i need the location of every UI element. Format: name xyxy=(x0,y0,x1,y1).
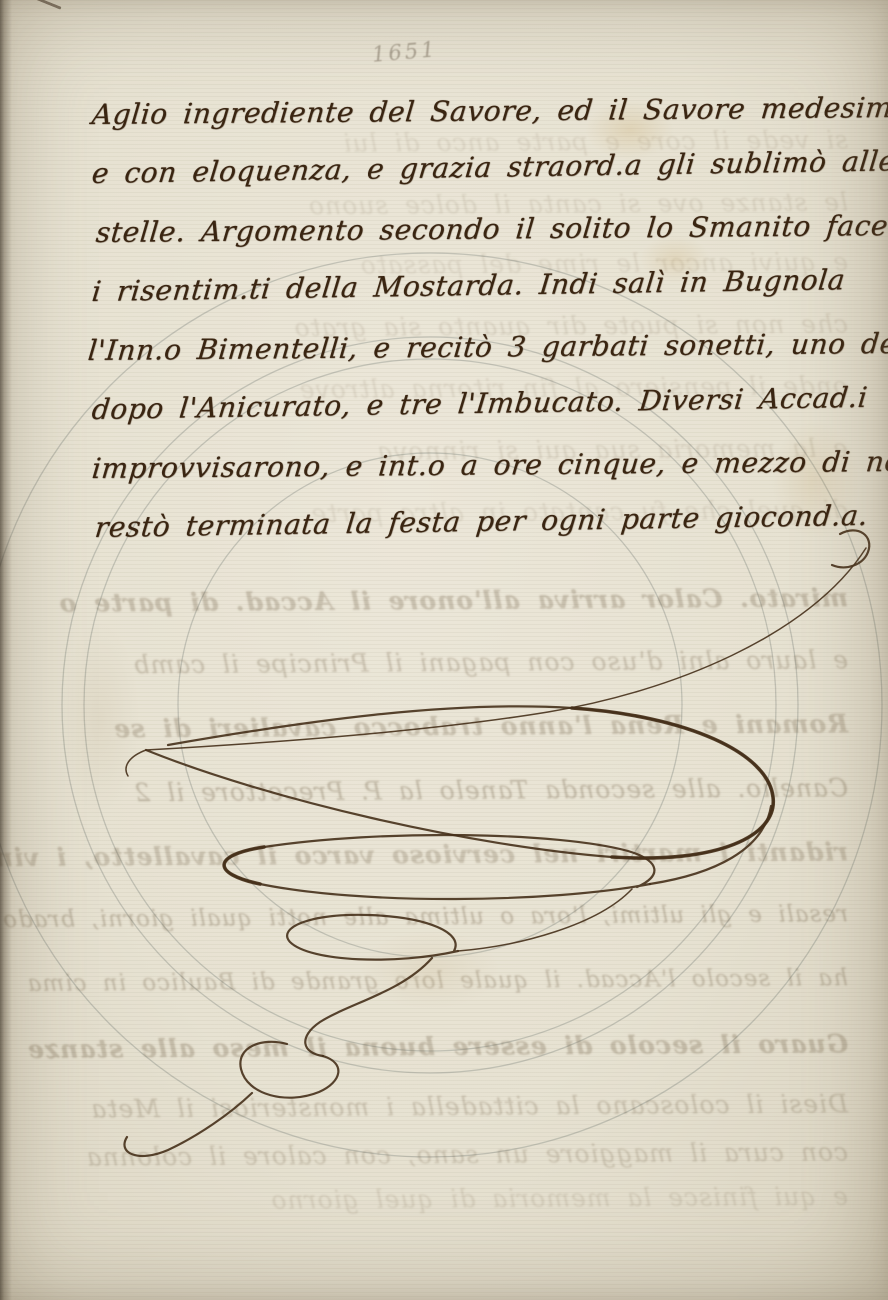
manuscript-line: stelle. Argomento secondo il solito lo S… xyxy=(94,209,877,249)
manuscript-line: improvvisarono, e int.o a ore cinque, e … xyxy=(90,445,873,485)
manuscript-line: l'Inn.o Bimentelli, e recitò 3 garbati s… xyxy=(86,327,869,367)
manuscript-line: dopo l'Anicurato, e tre l'Imbucato. Dive… xyxy=(90,381,873,426)
manuscript-page: si vede il core e parte anco di lui le s… xyxy=(0,0,888,1300)
manuscript-line: e con eloquenza, e grazia straord.a gli … xyxy=(90,145,873,190)
recto-text-block: Aglio ingrediente del Savore, ed il Savo… xyxy=(0,0,888,1300)
manuscript-line: Aglio ingrediente del Savore, ed il Savo… xyxy=(90,91,873,131)
manuscript-line: restò terminata la festa per ogni parte … xyxy=(93,499,876,544)
manuscript-line: i risentim.ti della Mostarda. Indi salì … xyxy=(90,263,873,308)
